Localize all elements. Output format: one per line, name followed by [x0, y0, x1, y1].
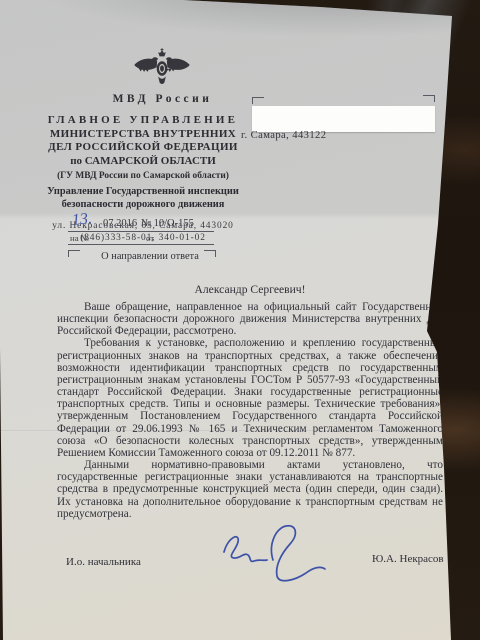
doc-number: № 10/О-155	[141, 218, 194, 229]
reference-rule	[68, 244, 214, 245]
body-paragraph: Данными нормативно-правовыми актами уста…	[57, 459, 443, 520]
subject-corner-bracket	[204, 250, 216, 257]
org-title-line: ДЕЛ РОССИЙСКОЙ ФЕДЕРАЦИИ	[20, 141, 266, 155]
org-title-line: МИНИСТЕРСТВА ВНУТРЕННИХ	[20, 128, 266, 142]
recipient-corner-bracket	[423, 95, 435, 102]
recipient-corner-bracket	[252, 97, 264, 104]
subject-corner-bracket	[68, 250, 80, 257]
signer-position: И.о. начальника	[66, 556, 141, 568]
org-title-line: по САМАРСКОЙ ОБЛАСТИ	[20, 155, 266, 169]
typed-date: 07.2016	[103, 218, 137, 229]
division-line: безопасности дорожного движения	[20, 198, 266, 211]
org-phones: (846)333-58-01, 340-01-02	[20, 232, 266, 244]
division-line: Управление Государственной инспекции	[20, 185, 266, 198]
redacted-recipient-box	[252, 106, 435, 132]
org-abbreviation: (ГУ МВД России по Самарской области)	[20, 170, 266, 182]
letter-paper: МВД России ГЛАВНОЕ УПРАВЛЕНИЕ МИНИСТЕРСТ…	[0, 0, 480, 640]
body-paragraph: Требования к установке, расположению и к…	[57, 337, 443, 459]
mvd-double-headed-eagle-icon	[133, 48, 191, 90]
handwritten-day: 13.	[71, 210, 92, 230]
body-paragraph: Ваше обращение, направленное на официаль…	[57, 301, 443, 337]
subject-line: О направлении ответа	[85, 251, 215, 262]
signer-name: Ю.А. Некрасов	[372, 553, 444, 565]
reference-rule	[68, 231, 214, 232]
from-label: от	[146, 233, 154, 243]
salutation: Александр Сергеевич!	[57, 283, 443, 296]
photographed-letter: МВД России ГЛАВНОЕ УПРАВЛЕНИЕ МИНИСТЕРСТ…	[0, 0, 480, 640]
handwritten-signature	[210, 522, 330, 586]
reply-to-label: на №	[70, 233, 89, 243]
recipient-city-line: г. Самара, 443122	[241, 130, 326, 141]
ministry-short-title: МВД России	[100, 93, 225, 105]
org-title-line: ГЛАВНОЕ УПРАВЛЕНИЕ	[20, 114, 266, 128]
